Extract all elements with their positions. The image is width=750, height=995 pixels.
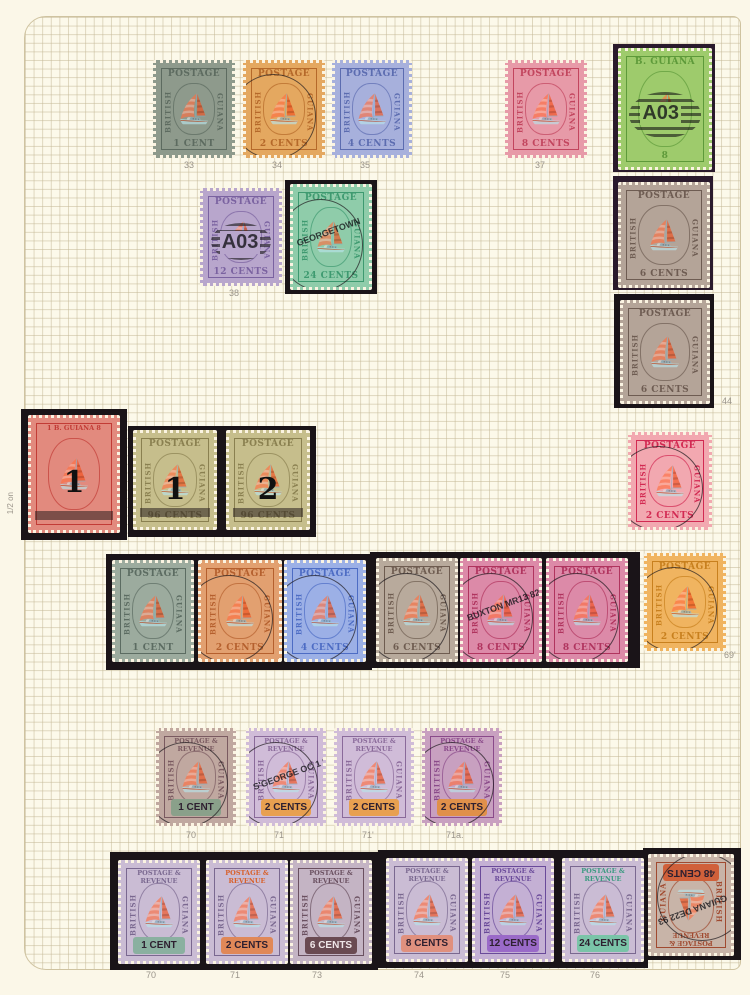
sailing-ship-icon: ⛵ <box>647 219 682 252</box>
sailing-ship-icon: ⛵ <box>142 896 177 929</box>
catalog-number: 69' <box>724 650 736 660</box>
stamp-value: 6 CENTS <box>621 269 707 279</box>
catalog-number: 75 <box>500 970 510 980</box>
stamp-side-right: GUIANA <box>567 91 577 133</box>
obliterating-bar <box>233 508 303 517</box>
stamp-top-inscription: POSTAGE <box>508 69 584 79</box>
stamp-s38: ⛵POSTAGEBRITISHGUIANA12 CENTSA03 <box>200 188 282 286</box>
stamp-r5-2c-b: ⛵POSTAGE & REVENUEBRITISHGUIANA2 CENTS <box>334 728 414 826</box>
stamp-r6-48c: ⛵POSTAGE & REVENUEBRITISHGUIANA48 CENTSG… <box>648 854 734 956</box>
stamp-top-inscription: POSTAGE & REVENUE <box>565 867 641 883</box>
stamp-s-1-96c: ⛵POSTAGEBRITISHGUIANA96 CENTS1 <box>133 430 217 530</box>
sailing-ship-icon: ⛵ <box>586 894 621 927</box>
stamp-s-bg8: ⛵B. GUIANA8A03 <box>618 48 712 170</box>
stamp-side-right: GUIANA <box>180 891 190 939</box>
stamp-value: 12 CENTS <box>487 935 539 952</box>
sailing-ship-icon: ⛵ <box>136 595 171 628</box>
stamp-side-left: BRITISH <box>300 891 310 939</box>
stamp-side-right: GUIANA <box>174 591 184 637</box>
stamp-side-left: BRITISH <box>122 591 132 637</box>
catalog-number: 44 <box>722 396 732 406</box>
catalog-number: 34 <box>272 160 282 170</box>
stamp-r6-12c: ⛵POSTAGE & REVENUEBRITISHGUIANA12 CENTS <box>472 858 554 962</box>
catalog-number: 71' <box>362 830 374 840</box>
sailing-ship-icon: ⛵ <box>648 336 683 369</box>
stamp-top-inscription: POSTAGE <box>136 439 214 449</box>
stamp-top-inscription: B. GUIANA <box>621 57 709 67</box>
stamp-value: 8 CENTS <box>508 139 584 149</box>
stamp-r4-4c: ⛵POSTAGEBRITISHGUIANA4 CENTS <box>284 560 366 662</box>
catalog-number: 74 <box>414 970 424 980</box>
stamp-side-right: GUIANA <box>394 759 404 801</box>
stamp-r4-8c: ⛵POSTAGEBRITISHGUIANA8 CENTS <box>546 558 628 662</box>
stamp-r6-8c: ⛵POSTAGE & REVENUEBRITISHGUIANA8 CENTS <box>386 858 468 962</box>
stamp-side-left: BRITISH <box>344 759 354 801</box>
stamp-side-left: BRITISH <box>163 91 173 133</box>
stamp-top-inscription: POSTAGE <box>623 309 707 319</box>
sailing-ship-icon: ⛵ <box>314 896 349 929</box>
catalog-number: 70 <box>186 830 196 840</box>
stamp-s-2-96c: ⛵POSTAGEBRITISHGUIANA96 CENTS2 <box>226 430 310 530</box>
stamp-side-right: GUIANA <box>690 331 700 379</box>
catalog-number: 71 <box>274 830 284 840</box>
catalog-number: 35 <box>360 160 370 170</box>
stamp-s6b: ⛵POSTAGEBRITISHGUIANA6 CENTS <box>620 300 710 404</box>
stamp-side-left: BRITISH <box>630 331 640 379</box>
stamp-top-inscription: POSTAGE <box>229 439 307 449</box>
stamp-top-inscription: POSTAGE <box>156 69 232 79</box>
stamp-side-right: GUIANA <box>392 91 402 133</box>
stamp-s37: ⛵POSTAGEBRITISHGUIANA8 CENTS <box>505 60 587 158</box>
stamp-value: 1 CENT <box>133 937 185 954</box>
stamp-top-inscription: POSTAGE & REVENUE <box>337 737 411 753</box>
stamp-side-left: BRITISH <box>515 91 525 133</box>
stamp-value: 1 CENT <box>115 643 191 653</box>
stamp-s2c-imperf: ⛵POSTAGEBRITISHGUIANA2 CENTS <box>628 432 712 530</box>
stamp-value: 8 CENTS <box>401 935 453 952</box>
cancel-number: A03 <box>220 231 261 254</box>
stamp-value: 6 CENTS <box>623 385 707 395</box>
stamp-side-right: GUIANA <box>534 889 544 937</box>
stamp-side-right: GUIANA <box>268 891 278 939</box>
stamp-s35: ⛵POSTAGEBRITISHGUIANA4 CENTS <box>332 60 412 158</box>
stamp-r5-2c-c: ⛵POSTAGE & REVENUEBRITISHGUIANA2 CENTS <box>422 728 502 826</box>
stamp-side-left: BRITISH <box>396 889 406 937</box>
obliterating-bar <box>140 508 210 517</box>
sailing-ship-icon: ⛵ <box>177 93 212 126</box>
catalog-number: 71a. <box>446 830 464 840</box>
stamp-top-inscription: POSTAGE & REVENUE <box>389 867 465 883</box>
catalog-number: 38 <box>229 288 239 298</box>
stamp-top-inscription: POSTAGE & REVENUE <box>209 869 285 885</box>
stamp-r4-6c: ⛵POSTAGEBRITISHGUIANA6 CENTS <box>376 558 458 662</box>
catalog-number: 33 <box>184 160 194 170</box>
catalog-number: 71 <box>230 970 240 980</box>
stamp-top-inscription: 1 B. GUIANA 8 <box>31 424 117 432</box>
stamp-r5-2c-a: ⛵POSTAGE & REVENUEBRITISHGUIANA2 CENTSS'… <box>246 728 326 826</box>
sailing-ship-icon: ⛵ <box>496 894 531 927</box>
stamp-r6-2c: ⛵POSTAGE & REVENUEBRITISHGUIANA2 CENTS <box>206 860 288 964</box>
stamp-top-inscription: POSTAGE & REVENUE <box>475 867 551 883</box>
cancel-number: A03 <box>640 102 681 125</box>
catalog-number: 76 <box>590 970 600 980</box>
album-page: ⛵POSTAGEBRITISHGUIANA1 CENT33⛵POSTAGEBRI… <box>0 0 750 995</box>
stamp-top-inscription: POSTAGE & REVENUE <box>293 869 369 885</box>
stamp-side-right: GUIANA <box>215 91 225 133</box>
stamp-side-right: GUIANA <box>448 889 458 937</box>
stamp-value: 4 CENTS <box>335 139 409 149</box>
catalog-number: 37 <box>535 160 545 170</box>
stamp-top-inscription: POSTAGE & REVENUE <box>121 869 197 885</box>
stamp-top-inscription: POSTAGE <box>203 197 279 207</box>
stamp-s6a: ⛵POSTAGEBRITISHGUIANA6 CENTS <box>618 182 710 288</box>
surcharge-numeral: 1 <box>31 465 117 500</box>
sailing-ship-icon: ⛵ <box>529 93 564 126</box>
catalog-number: 73 <box>312 970 322 980</box>
stamp-side-right: GUIANA <box>624 889 634 937</box>
stamp-r4-8c-buxton: ⛵POSTAGEBRITISHGUIANA8 CENTSBUXTON MR13 … <box>460 558 542 662</box>
stamp-top-inscription: POSTAGE <box>335 69 409 79</box>
stamp-s34: ⛵POSTAGEBRITISHGUIANA2 CENTS <box>243 60 325 158</box>
circular-postmark <box>156 742 228 826</box>
stamp-top-inscription: POSTAGE <box>621 191 707 201</box>
stamp-r4-2c: ⛵POSTAGEBRITISHGUIANA2 CENTS <box>198 560 282 662</box>
stamp-value: 24 CENTS <box>577 935 629 952</box>
sailing-ship-icon: ⛵ <box>230 896 265 929</box>
stamp-s39: ⛵POSTAGEBRITISHGUIANA24 CENTSGEORGETOWN <box>290 184 372 290</box>
stamp-value: 8 <box>621 151 709 161</box>
stamp-r4-2c-orange: ⛵POSTAGEBRITISHGUIANA2 CENTS <box>644 553 726 651</box>
stamp-s33: ⛵POSTAGEBRITISHGUIANA1 CENT <box>153 60 235 158</box>
stamp-value: 2 CENTS <box>221 937 273 954</box>
sailing-ship-icon: ⛵ <box>410 894 445 927</box>
stamp-value: 6 CENTS <box>305 937 357 954</box>
sailing-ship-icon: ⛵ <box>357 761 392 794</box>
stamp-r6-1c: ⛵POSTAGE & REVENUEBRITISHGUIANA1 CENT <box>118 860 200 964</box>
stamp-r6-24c: ⛵POSTAGE & REVENUEBRITISHGUIANA24 CENTS <box>562 858 644 962</box>
stamp-s-1c-surch: ⛵1 B. GUIANA 81 <box>28 415 120 533</box>
surcharge-numeral: 1 <box>136 472 214 507</box>
stamp-top-inscription: POSTAGE <box>115 569 191 579</box>
stamp-side-left: BRITISH <box>482 889 492 937</box>
obliterating-bar <box>35 511 113 520</box>
surcharge-numeral: 2 <box>229 472 307 507</box>
stamp-r4-1c: ⛵POSTAGEBRITISHGUIANA1 CENT <box>112 560 194 662</box>
handwritten-side-note: 1/2 on <box>6 492 15 514</box>
stamp-r5-1c: ⛵POSTAGE & REVENUEBRITISHGUIANA1 CENT <box>156 728 236 826</box>
stamp-value: 2 CENTS <box>349 799 399 816</box>
stamp-side-left: BRITISH <box>572 889 582 937</box>
stamp-side-left: BRITISH <box>128 891 138 939</box>
circular-postmark <box>422 742 494 826</box>
stamp-side-left: BRITISH <box>342 91 352 133</box>
stamp-side-right: GUIANA <box>690 213 700 263</box>
sailing-ship-icon: ⛵ <box>355 93 390 126</box>
stamp-r6-6c: ⛵POSTAGE & REVENUEBRITISHGUIANA6 CENTS <box>290 860 372 964</box>
stamp-side-left: BRITISH <box>628 213 638 263</box>
stamp-value: 1 CENT <box>156 139 232 149</box>
catalog-number: 70 <box>146 970 156 980</box>
stamp-side-right: GUIANA <box>352 891 362 939</box>
stamp-value: 12 CENTS <box>203 267 279 277</box>
stamp-side-left: BRITISH <box>216 891 226 939</box>
